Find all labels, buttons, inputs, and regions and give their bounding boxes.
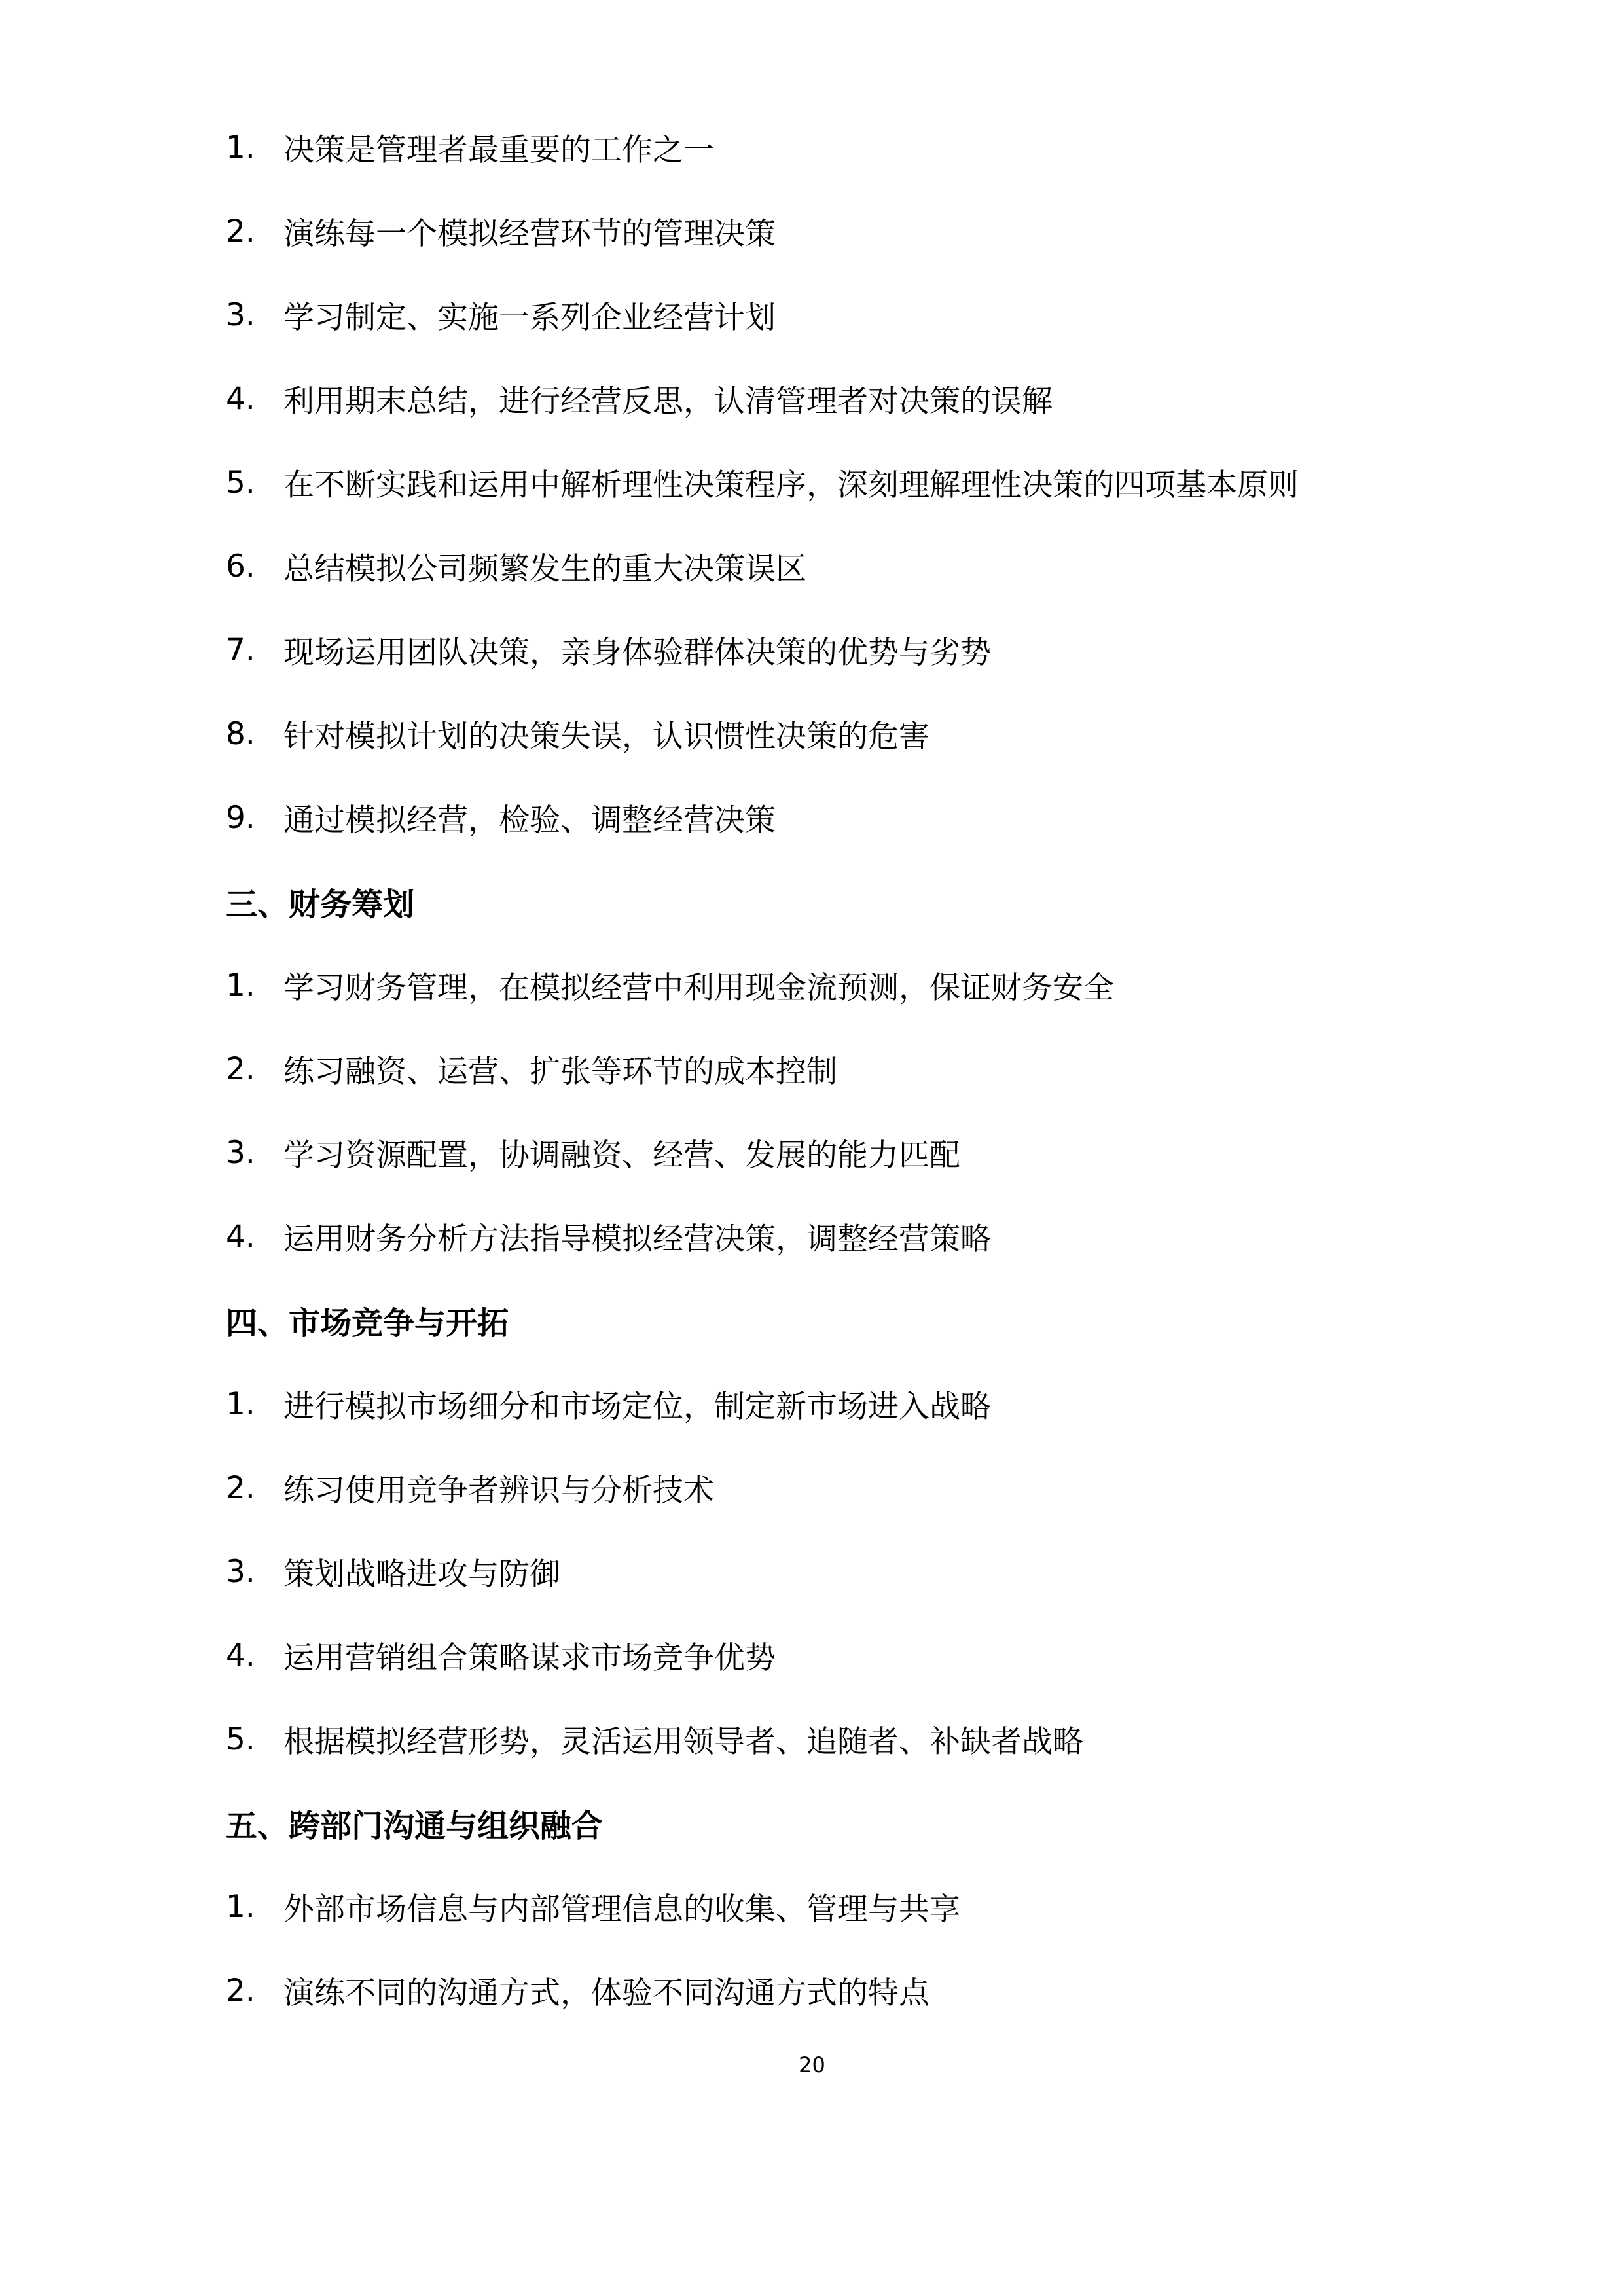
item-number: 1. <box>226 130 283 166</box>
item-text: 演练不同的沟通方式，体验不同沟通方式的特点 <box>283 1969 929 2013</box>
item-text: 外部市场信息与内部管理信息的收集、管理与共享 <box>283 1885 960 1929</box>
list-item: 9.通过模拟经营，检验、调整经营决策 <box>226 791 776 844</box>
item-text: 根据模拟经营形势，灵活运用领导者、追随者、补缺者战略 <box>283 1717 1083 1761</box>
item-number: 4. <box>226 1638 283 1674</box>
item-number: 1. <box>226 1386 283 1422</box>
item-text: 学习财务管理，在模拟经营中利用现金流预测，保证财务安全 <box>283 963 1114 1007</box>
list-item: 1.进行模拟市场细分和市场定位，制定新市场进入战略 <box>226 1378 991 1430</box>
item-number: 3. <box>226 1554 283 1590</box>
item-number: 8. <box>226 716 283 752</box>
item-number: 4. <box>226 381 283 417</box>
item-text: 演练每一个模拟经营环节的管理决策 <box>283 209 776 253</box>
item-text: 通过模拟经营，检验、调整经营决策 <box>283 796 776 840</box>
item-text: 进行模拟市场细分和市场定位，制定新市场进入战略 <box>283 1382 991 1426</box>
list-item: 4.运用财务分析方法指导模拟经营决策，调整经营策略 <box>226 1210 991 1263</box>
item-number: 2. <box>226 1973 283 2009</box>
item-text: 现场运用团队决策，亲身体验群体决策的优势与劣势 <box>283 628 991 672</box>
item-number: 7. <box>226 632 283 668</box>
section-heading: 四、市场竞争与开拓 <box>226 1294 509 1346</box>
item-text: 运用营销组合策略谋求市场竞争优势 <box>283 1634 776 1677</box>
list-item: 2.演练每一个模拟经营环节的管理决策 <box>226 205 776 257</box>
item-text: 决策是管理者最重要的工作之一 <box>283 126 714 170</box>
item-text: 策划战略进攻与防御 <box>283 1550 560 1594</box>
list-item: 3.策划战略进攻与防御 <box>226 1545 560 1598</box>
item-text: 练习融资、运营、扩张等环节的成本控制 <box>283 1047 837 1091</box>
item-text: 练习使用竞争者辨识与分析技术 <box>283 1466 714 1510</box>
item-text: 学习制定、实施一系列企业经营计划 <box>283 293 776 337</box>
list-item: 6.总结模拟公司频繁发生的重大决策误区 <box>226 540 806 592</box>
item-number: 2. <box>226 1470 283 1506</box>
list-item: 7.现场运用团队决策，亲身体验群体决策的优势与劣势 <box>226 624 991 676</box>
item-number: 1. <box>226 1889 283 1925</box>
item-number: 6. <box>226 548 283 584</box>
item-number: 9. <box>226 800 283 836</box>
item-number: 3. <box>226 297 283 333</box>
item-number: 4. <box>226 1219 283 1255</box>
list-item: 4.利用期末总结，进行经营反思，认清管理者对决策的误解 <box>226 372 1053 425</box>
item-number: 5. <box>226 465 283 501</box>
list-item: 5.根据模拟经营形势，灵活运用领导者、追随者、补缺者战略 <box>226 1713 1083 1765</box>
list-item: 1.学习财务管理，在模拟经营中利用现金流预测，保证财务安全 <box>226 959 1114 1011</box>
item-text: 针对模拟计划的决策失误，认识惯性决策的危害 <box>283 712 929 756</box>
list-item: 4.运用营销组合策略谋求市场竞争优势 <box>226 1629 776 1681</box>
list-item: 2.练习使用竞争者辨识与分析技术 <box>226 1462 714 1514</box>
page-number: 20 <box>0 2053 1624 2077</box>
list-item: 3.学习制定、实施一系列企业经营计划 <box>226 289 776 341</box>
item-number: 5. <box>226 1721 283 1757</box>
item-number: 2. <box>226 1051 283 1087</box>
item-text: 在不断实践和运用中解析理性决策程序，深刻理解理性决策的四项基本原则 <box>283 461 1299 505</box>
item-text: 总结模拟公司频繁发生的重大决策误区 <box>283 545 806 588</box>
item-text: 利用期末总结，进行经营反思，认清管理者对决策的误解 <box>283 377 1053 421</box>
section-heading: 三、财务筹划 <box>226 875 414 927</box>
list-item: 1.外部市场信息与内部管理信息的收集、管理与共享 <box>226 1880 960 1933</box>
item-text: 学习资源配置，协调融资、经营、发展的能力匹配 <box>283 1131 960 1175</box>
list-item: 2.演练不同的沟通方式，体验不同沟通方式的特点 <box>226 1964 929 2017</box>
item-number: 3. <box>226 1135 283 1171</box>
list-item: 3.学习资源配置，协调融资、经营、发展的能力匹配 <box>226 1126 960 1179</box>
item-text: 运用财务分析方法指导模拟经营决策，调整经营策略 <box>283 1215 991 1259</box>
list-item: 1.决策是管理者最重要的工作之一 <box>226 121 714 173</box>
item-number: 1. <box>226 967 283 1003</box>
section-heading: 五、跨部门沟通与组织融合 <box>226 1797 603 1849</box>
list-item: 8.针对模拟计划的决策失误，认识惯性决策的危害 <box>226 708 929 760</box>
list-item: 2.练习融资、运营、扩张等环节的成本控制 <box>226 1043 837 1095</box>
item-number: 2. <box>226 213 283 249</box>
list-item: 5.在不断实践和运用中解析理性决策程序，深刻理解理性决策的四项基本原则 <box>226 456 1299 509</box>
